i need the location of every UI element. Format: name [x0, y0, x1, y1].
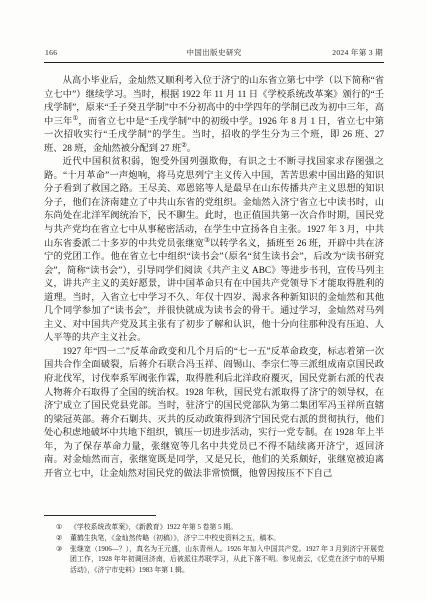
paragraph-text: 。	[187, 144, 196, 154]
journal-page: 166 中国出版史研究 2024 年第 3 期 从高小毕业后，金灿然又顺利考入位…	[0, 0, 427, 601]
footnote-item: ②董鹤生执笔，《金灿然传略（初稿）》，济宁二中校史资料之五，稿本。	[44, 534, 384, 545]
paragraph-text: 1927 年“四一二”反革命政变和几个月后的“七一五”反革命政变，标志着第一次国…	[44, 347, 384, 479]
paragraph-text: 近代中国积贫积弱，饱受外国列强欺侮，有识之士不断寻找国家求存图强之路。“十月革命…	[44, 157, 384, 248]
footnote-item: ①《学校系统改革案》，《新教育》1922 年第 5 卷第 5 期。	[44, 523, 384, 534]
body-paragraph: 从高小毕业后，金灿然又顺利考入位于济宁的山东省立第七中学（以下简称“省立七中”）…	[44, 75, 384, 156]
footnote-marker: ①	[56, 523, 70, 534]
footnote-separator-rule	[44, 515, 156, 516]
footnote-marker: ②	[56, 534, 70, 545]
body-paragraph: 近代中国积贫积弱，饱受外国列强欺侮，有识之士不断寻找国家求存图强之路。“十月革命…	[44, 156, 384, 346]
footnote-text: 张继宽（1906—？），真名为王元盛，山东青州人。1926 年加入中国共产党。1…	[70, 545, 384, 577]
footnote-text: 《学校系统改革案》，《新教育》1922 年第 5 卷第 5 期。	[70, 523, 384, 534]
issue-label: 2024 年第 3 期	[323, 47, 383, 58]
paragraph-text: ，而省立七中是“壬戌学制”中的初级中学。1926 年 8 月 1 日，省立七中第…	[44, 117, 384, 154]
article-body: 从高小毕业后，金灿然又顺利考入位于济宁的山东省立第七中学（以下简称“省立七中”）…	[44, 75, 384, 481]
footnotes-section: ①《学校系统改革案》，《新教育》1922 年第 5 卷第 5 期。②董鹤生执笔，…	[44, 523, 384, 576]
footnote-text: 董鹤生执笔，《金灿然传略（初稿）》，济宁二中校史资料之五，稿本。	[70, 534, 384, 545]
paragraph-text: 以转学名义，插班至 26 班，开辟中共在济宁的党团工作。他在省立七中组织“读书会…	[44, 239, 384, 344]
body-paragraph: 1927 年“四一二”反革命政变和几个月后的“七一五”反革命政变，标志着第一次国…	[44, 346, 384, 481]
header-rule	[44, 62, 384, 63]
footnote-item: ③张继宽（1906—？），真名为王元盛，山东青州人。1926 年加入中国共产党。…	[44, 545, 384, 577]
page-number: 166	[45, 48, 105, 57]
journal-title: 中国出版史研究	[186, 47, 241, 58]
footnote-marker: ③	[56, 545, 70, 577]
page-header: 166 中国出版史研究 2024 年第 3 期	[44, 47, 384, 62]
